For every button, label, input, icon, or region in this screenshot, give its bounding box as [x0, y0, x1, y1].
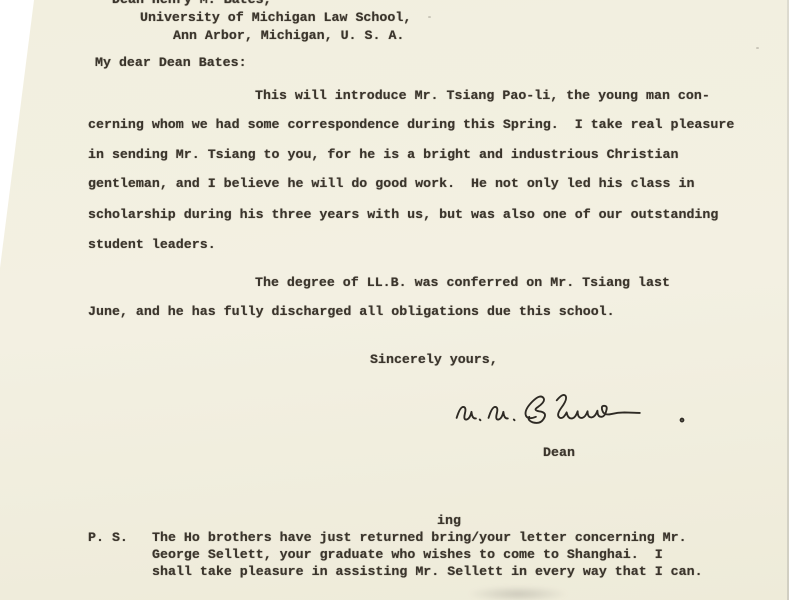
body-line: June, and he has fully discharged all ob… [88, 304, 615, 319]
body-line: The degree of LL.B. was conferred on Mr.… [255, 275, 670, 290]
scan-smudge [468, 586, 568, 600]
paper-edge [787, 0, 789, 600]
recipient-line: Dean Henry M. Bates, [112, 0, 272, 7]
body-line: student leaders. [88, 237, 216, 252]
scanned-letter: Dean Henry M. Bates, University of Michi… [0, 0, 800, 600]
body-line: scholarship during his three years with … [88, 207, 718, 222]
recipient-line: Ann Arbor, Michigan, U. S. A. [173, 28, 404, 43]
scan-speck [428, 16, 431, 18]
letter-paper: Dean Henry M. Bates, University of Michi… [0, 0, 800, 600]
ps-line: George Sellett, your graduate who wishes… [152, 547, 663, 562]
signer-title: Dean [543, 445, 575, 460]
scan-speck [756, 47, 759, 49]
ps-line: shall take pleasure in assisting Mr. Sel… [152, 564, 703, 579]
recipient-line: University of Michigan Law School, [140, 10, 411, 25]
salutation: My dear Dean Bates: [95, 55, 247, 70]
body-line: gentleman, and I believe he will do good… [88, 176, 694, 191]
body-line: cerning whom we had some correspondence … [88, 117, 734, 132]
ps-line: The Ho brothers have just returned bring… [152, 530, 687, 545]
body-line: in sending Mr. Tsiang to you, for he is … [88, 147, 678, 162]
closing: Sincerely yours, [370, 352, 498, 367]
ps-insertion: ing [437, 513, 461, 528]
signature-handwriting [448, 386, 693, 430]
ps-label: P. S. [88, 530, 128, 545]
body-line: This will introduce Mr. Tsiang Pao-li, t… [255, 88, 710, 103]
